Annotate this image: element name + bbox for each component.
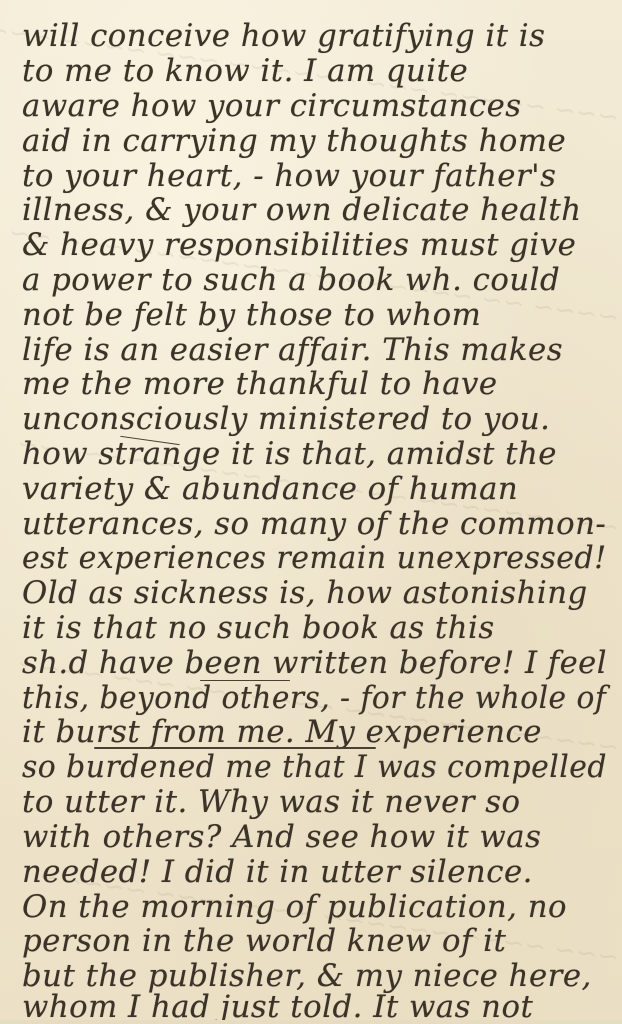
letter-line: illness, & your own delicate health — [22, 190, 607, 230]
letter-line: sh.d have been written before! I feel — [22, 643, 604, 683]
letter-line: me the more thankful to have — [22, 364, 607, 404]
letter-line: to utter it. Why was it never so — [22, 782, 607, 822]
letter-line: needed! I did it in utter silence. — [22, 852, 607, 892]
letter-line: with others? And see how it was — [22, 817, 607, 857]
letter-line: so burdened me that I was compelled — [22, 747, 590, 787]
underline-written — [200, 680, 290, 681]
letter-line: Old as sickness is, how astonishing — [22, 573, 607, 613]
letter-line: how strange it is that, amidst the — [22, 434, 607, 474]
letter-line: est experiences remain unexpressed! — [22, 538, 593, 578]
letter-line: will conceive how gratifying it is — [22, 16, 607, 56]
letter-line: a power to such a book wh. could — [22, 260, 607, 300]
letter-line: whom I had just told. It was not — [22, 987, 607, 1024]
letter-line: it burst from me. My experience — [22, 712, 607, 752]
letter-line: aid in carrying my thoughts home — [22, 121, 607, 161]
letter-line: aware how your circumstances — [22, 86, 607, 126]
letter-line: not be felt by those to whom — [22, 295, 607, 335]
letter-page: ~~~ ~~~~~ ~~~ ~~~~~~ ~~~ ~~~~ ~~~~ ~~~~ … — [0, 0, 622, 1024]
letter-line: person in the world knew of it — [22, 921, 607, 961]
letter-line: variety & abundance of human — [22, 469, 607, 509]
letter-line: to me to know it. I am quite — [22, 51, 607, 91]
letter-line: it is that no such book as this — [22, 608, 607, 648]
letter-line: & heavy responsibilities must give — [22, 225, 607, 265]
letter-line: unconsciously ministered to you. — [22, 399, 607, 439]
underline-burst-from-me — [94, 747, 376, 749]
